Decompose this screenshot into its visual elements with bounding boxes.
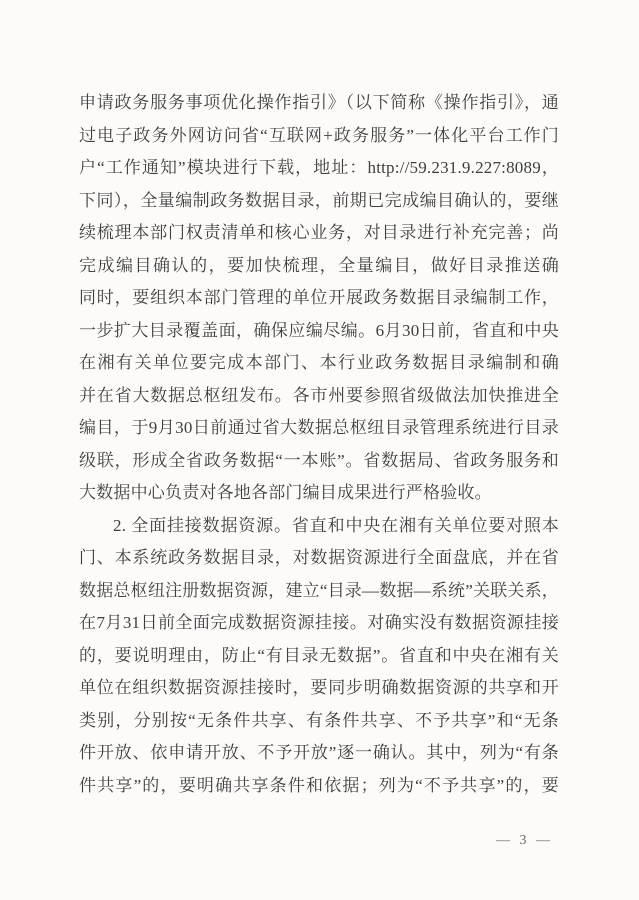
text-line: 同时，要组织本部门管理的单位开展政务数据目录编制工作，进: [79, 282, 559, 315]
text-line: 在湘有关单位要完成本部门、本行业政务数据目录编制和确认，: [79, 347, 559, 380]
page-number: — 3 —: [0, 831, 553, 851]
text-line: 件共享”的，要明确共享条件和依据；列为“不予共享”的，要: [79, 770, 559, 803]
text-line: 申请政务服务事项优化操作指引》（以下简称《操作指引》，通: [79, 87, 559, 120]
text-line: 数据总枢纽注册数据资源，建立“目录—数据—系统”关联关系，: [79, 575, 559, 608]
text-line: 类别，分别按“无条件共享、有条件共享、不予共享”和“无条: [79, 705, 559, 738]
text-line: 并在省大数据总枢纽发布。各市州要参照省级做法加快推进全量: [79, 380, 559, 413]
text-line: 门、本系统政务数据目录，对数据资源进行全面盘底，并在省大: [79, 542, 559, 575]
text-line: 续梳理本部门权责清单和核心业务，对目录进行补充完善；尚未: [79, 217, 559, 250]
text-line: 大数据中心负责对各地各部门编目成果进行严格验收。: [79, 477, 559, 510]
text-line: 完成编目确认的，要加快梳理，全量编目，做好目录推送确认。: [79, 250, 559, 283]
document-body: 申请政务服务事项优化操作指引》（以下简称《操作指引》，通 过电子政务外网访问省“…: [79, 87, 559, 802]
text-line: 件开放、依申请开放、不予开放”逐一确认。其中，列为“有条: [79, 737, 559, 770]
text-line: 的，要说明理由，防止“有目录无数据”。省直和中央在湘有关: [79, 640, 559, 673]
document-page: 申请政务服务事项优化操作指引》（以下简称《操作指引》，通 过电子政务外网访问省“…: [0, 0, 639, 900]
text-line: 一步扩大目录覆盖面，确保应编尽编。6月30日前，省直和中央: [79, 315, 559, 348]
text-line: 在7月31日前全面完成数据资源挂接。对确实没有数据资源挂接: [79, 607, 559, 640]
text-line-paragraph-start: 2. 全面挂接数据资源。省直和中央在湘有关单位要对照本部: [79, 510, 559, 543]
text-line: 过电子政务外网访问省“互联网+政务服务”一体化平台工作门: [79, 120, 559, 153]
text-line: 单位在组织数据资源挂接时，要同步明确数据资源的共享和开放: [79, 672, 559, 705]
text-line: 级联，形成全省政务数据“一本账”。省数据局、省政务服务和: [79, 445, 559, 478]
text-line: 编目，于9月30日前通过省大数据总枢纽目录管理系统进行目录: [79, 412, 559, 445]
text-line: 户“工作通知”模块进行下载，地址：http://59.231.9.227:808…: [79, 152, 559, 185]
text-line: 下同），全量编制政务数据目录，前期已完成编目确认的，要继: [79, 185, 559, 218]
